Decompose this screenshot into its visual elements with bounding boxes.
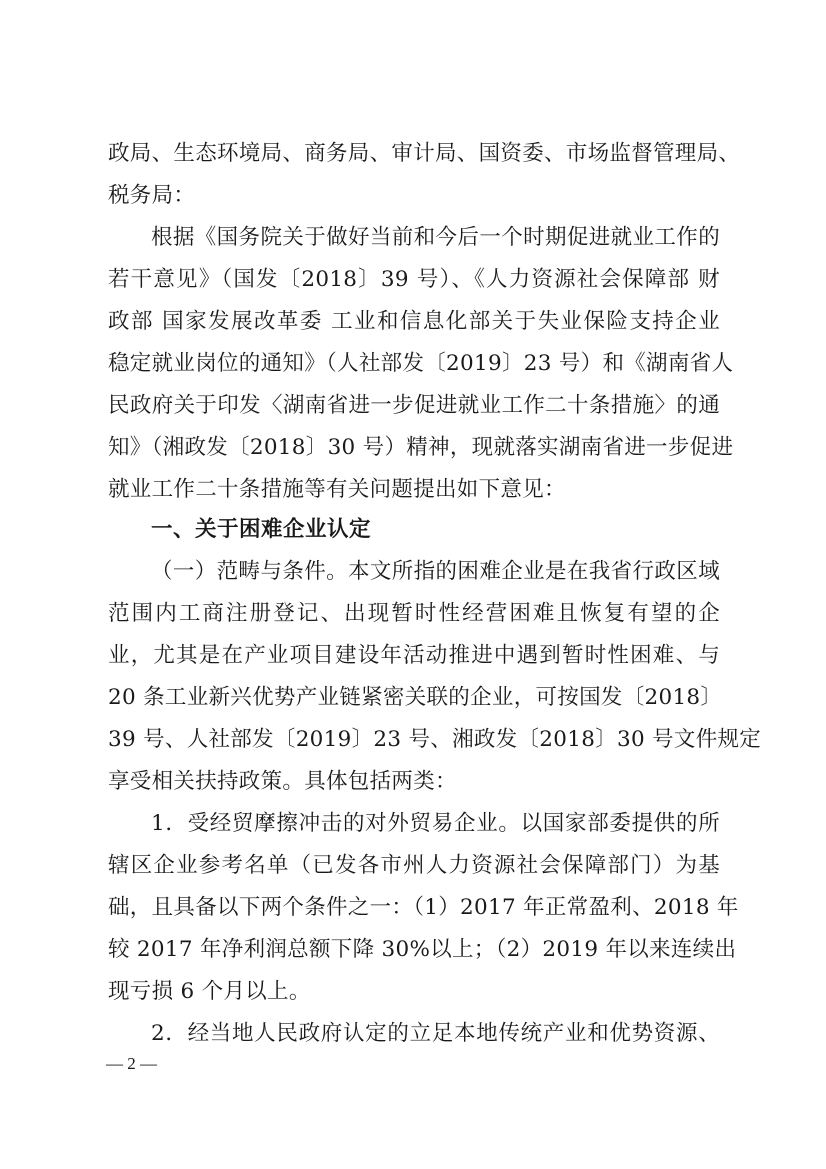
paragraph-line: 政局、生态环境局、商务局、审计局、国资委、市场监督管理局、: [108, 134, 720, 174]
paragraph-line: 较 2017 年净利润总额下降 30%以上；（2）2019 年以来连续出: [108, 930, 720, 970]
paragraph-line: 业，尤其是在产业项目建设年活动推进中遇到暂时性困难、与: [108, 636, 720, 676]
paragraph-line: （一）范畴与条件。本文所指的困难企业是在我省行政区域: [151, 552, 720, 592]
section-heading: 一、关于困难企业认定: [151, 510, 720, 550]
paragraph-line: 就业工作二十条措施等有关问题提出如下意见：: [108, 470, 720, 510]
paragraph-line: 政部 国家发展改革委 工业和信息化部关于失业保险支持企业: [108, 302, 720, 342]
paragraph-line: 享受相关扶持政策。具体包括两类：: [108, 762, 720, 802]
paragraph-line: 范围内工商注册登记、出现暂时性经营困难且恢复有望的企: [108, 594, 720, 634]
paragraph-line: 现亏损 6 个月以上。: [108, 972, 720, 1012]
paragraph-line: 2．经当地人民政府认定的立足本地传统产业和优势资源、: [151, 1014, 720, 1054]
paragraph-line: 稳定就业岗位的通知》（人社部发〔2019〕23 号）和《湖南省人: [108, 344, 720, 384]
document-page: 政局、生态环境局、商务局、审计局、国资委、市场监督管理局、税务局：根据《国务院关…: [0, 0, 826, 1169]
paragraph-line: 根据《国务院关于做好当前和今后一个时期促进就业工作的: [151, 218, 720, 258]
paragraph-line: 税务局：: [108, 176, 720, 216]
paragraph-line: 若干意见》（国发〔2018〕39 号）、《人力资源社会保障部 财: [108, 260, 720, 300]
paragraph-line: 知》（湘政发〔2018〕30 号）精神，现就落实湖南省进一步促进: [108, 428, 720, 468]
paragraph-line: 民政府关于印发〈湖南省进一步促进就业工作二十条措施〉的通: [108, 386, 720, 426]
paragraph-line: 39 号、人社部发〔2019〕23 号、湘政发〔2018〕30 号文件规定: [108, 720, 720, 760]
paragraph-line: 1．受经贸摩擦冲击的对外贸易企业。以国家部委提供的所: [151, 804, 720, 844]
paragraph-line: 础，且具备以下两个条件之一：（1）2017 年正常盈利、2018 年: [108, 888, 720, 928]
paragraph-line: 20 条工业新兴优势产业链紧密关联的企业，可按国发〔2018〕: [108, 678, 720, 718]
paragraph-line: 辖区企业参考名单（已发各市州人力资源社会保障部门）为基: [108, 846, 720, 886]
page-number: — 2 —: [106, 1052, 157, 1076]
